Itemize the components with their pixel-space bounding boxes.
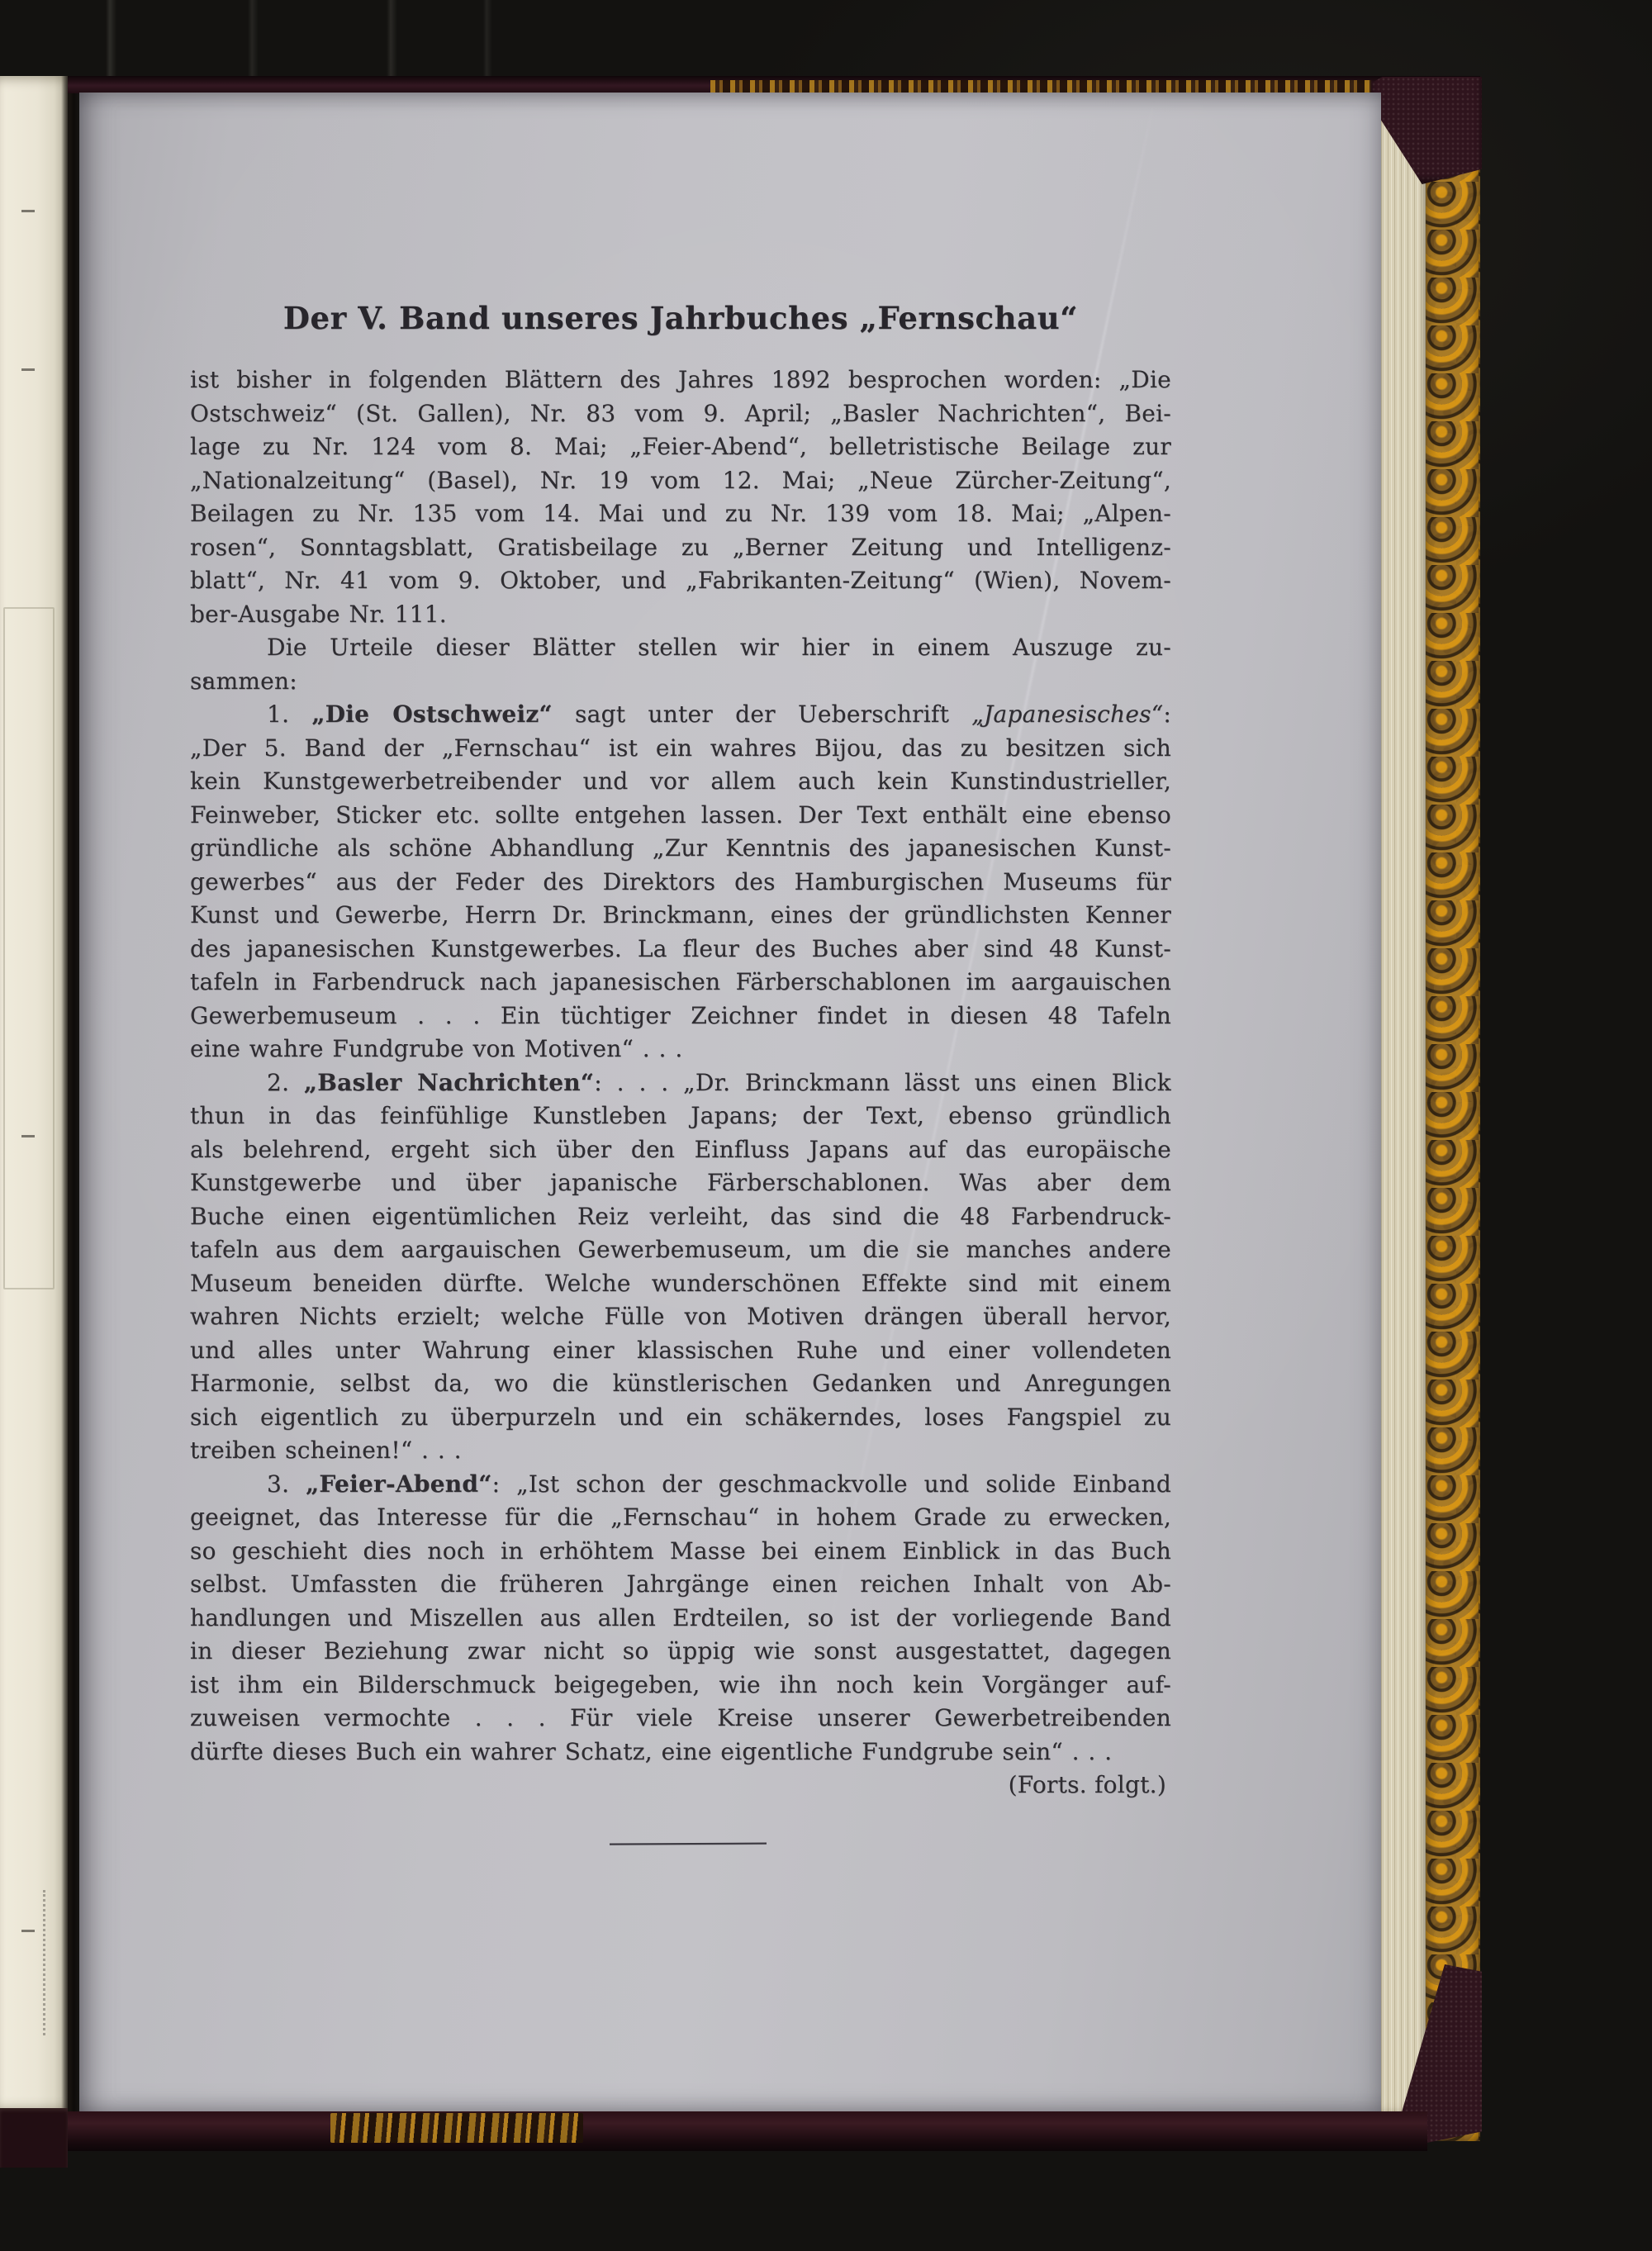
text-line: Museum beneiden dürfte. Welche wundersch… xyxy=(190,1267,1171,1301)
text-line: selbst. Umfassten die früheren Jahrgänge… xyxy=(190,1568,1171,1602)
text-line: dürfte dieses Buch ein wahrer Schatz, ei… xyxy=(190,1736,1171,1769)
text-line: ber-Ausgabe Nr. 111. xyxy=(190,598,1171,632)
text-line: und alles unter Wahrung einer klassische… xyxy=(190,1334,1171,1368)
text-line: des japanesischen Kunstgewerbes. La fleu… xyxy=(190,933,1171,966)
margin-mark xyxy=(21,1930,35,1932)
text-line: sammen: xyxy=(190,665,1171,699)
end-divider xyxy=(610,1842,767,1845)
text-line: rosen“, Sonntagsblatt, Gratisbeilage zu … xyxy=(190,531,1171,565)
closing-note: (Forts. folgt.) xyxy=(190,1769,1171,1802)
text-line: handlungen und Miszellen aus allen Erdte… xyxy=(190,1602,1171,1636)
margin-mark xyxy=(21,1135,35,1137)
text-line: zuweisen vermochte . . . Für viele Kreis… xyxy=(190,1702,1171,1736)
text-line: Feinweber, Sticker etc. sollte entgehen … xyxy=(190,799,1171,833)
text-line: ist ihm ein Bilderschmuck beigegeben, wi… xyxy=(190,1669,1171,1702)
text-line: eine wahre Fundgrube von Motiven“ . . . xyxy=(190,1033,1171,1066)
text-line: Buche einen eigentümlichen Reiz verleiht… xyxy=(190,1200,1171,1234)
marbled-cover-strip xyxy=(1426,86,1480,2141)
text-line: tafeln aus dem aargauischen Gewerbemuseu… xyxy=(190,1233,1171,1267)
text-line: Kunst und Gewerbe, Herrn Dr. Brinckmann,… xyxy=(190,899,1171,933)
show-through-text xyxy=(43,1890,45,2035)
text-line: sich eigentlich zu überpurzeln und ein s… xyxy=(190,1401,1171,1435)
text-line: kein Kunstgewerbetreibender und vor alle… xyxy=(190,765,1171,799)
text-line: thun in das feinfühlige Kunstleben Japan… xyxy=(190,1099,1171,1133)
text-line: Ostschweiz“ (St. Gallen), Nr. 83 vom 9. … xyxy=(190,397,1171,431)
margin-mark xyxy=(21,368,35,371)
text-line: lage zu Nr. 124 vom 8. Mai; „Feier-Abend… xyxy=(190,430,1171,464)
text-line: 3. „Feier-Abend“: „Ist schon der geschma… xyxy=(190,1468,1171,1502)
text-line: als belehrend, ergeht sich über den Einf… xyxy=(190,1133,1171,1167)
text-line: geeignet, das Interesse für die „Fernsch… xyxy=(190,1501,1171,1535)
gutter-shadow xyxy=(61,76,81,2113)
gilt-fleck-strip xyxy=(710,80,1371,93)
cover-bottom-edge xyxy=(68,2111,1427,2151)
text-column: Der V. Band unseres Jahrbuches „Fernscha… xyxy=(190,299,1171,1845)
text-line: wahren Nichts erzielt; welche Fülle von … xyxy=(190,1300,1171,1334)
text-line: „Der 5. Band der „Fernschau“ ist ein wah… xyxy=(190,732,1171,766)
book-photo: Der V. Band unseres Jahrbuches „Fernscha… xyxy=(0,0,1652,2251)
text-line: tafeln in Farbendruck nach japanesischen… xyxy=(190,966,1171,1000)
book-page: Der V. Band unseres Jahrbuches „Fernscha… xyxy=(79,93,1381,2111)
text-line: so geschieht dies noch in erhöhtem Masse… xyxy=(190,1535,1171,1569)
marble-bottom-fleck xyxy=(330,2113,583,2143)
fore-edge xyxy=(1381,86,1426,2118)
adjacent-page-edge xyxy=(0,76,68,2111)
text-line: Beilagen zu Nr. 135 vom 14. Mai und zu N… xyxy=(190,497,1171,531)
text-line: 2. „Basler Nachrichten“: . . . „Dr. Brin… xyxy=(190,1066,1171,1100)
margin-mark xyxy=(21,210,35,212)
body-text: ist bisher in folgenden Blättern des Jah… xyxy=(190,363,1171,1769)
page-title: Der V. Band unseres Jahrbuches „Fernscha… xyxy=(190,299,1171,337)
text-line: gewerbes“ aus der Feder des Direktors de… xyxy=(190,866,1171,900)
text-line: „Nationalzeitung“ (Basel), Nr. 19 vom 12… xyxy=(190,464,1171,498)
text-line: gründliche als schöne Abhandlung „Zur Ke… xyxy=(190,832,1171,866)
cover-bottom-edge-left xyxy=(0,2108,68,2168)
text-line: treiben scheinen!“ . . . xyxy=(190,1434,1171,1468)
text-line: Gewerbemuseum . . . Ein tüchtiger Zeichn… xyxy=(190,1000,1171,1033)
show-through-frame xyxy=(3,607,55,1289)
text-line: Die Urteile dieser Blätter stellen wir h… xyxy=(190,631,1171,665)
text-line: blatt“, Nr. 41 vom 9. Oktober, und „Fabr… xyxy=(190,564,1171,598)
text-line: 1. „Die Ostschweiz“ sagt unter der Ueber… xyxy=(190,698,1171,732)
text-line: Kunstgewerbe und über japanische Färbers… xyxy=(190,1166,1171,1200)
text-line: Harmonie, selbst da, wo die künstlerisch… xyxy=(190,1367,1171,1401)
text-line: ist bisher in folgenden Blättern des Jah… xyxy=(190,363,1171,397)
text-line: in dieser Beziehung zwar nicht so üppig … xyxy=(190,1635,1171,1669)
cover-cloth-folds xyxy=(0,0,545,79)
